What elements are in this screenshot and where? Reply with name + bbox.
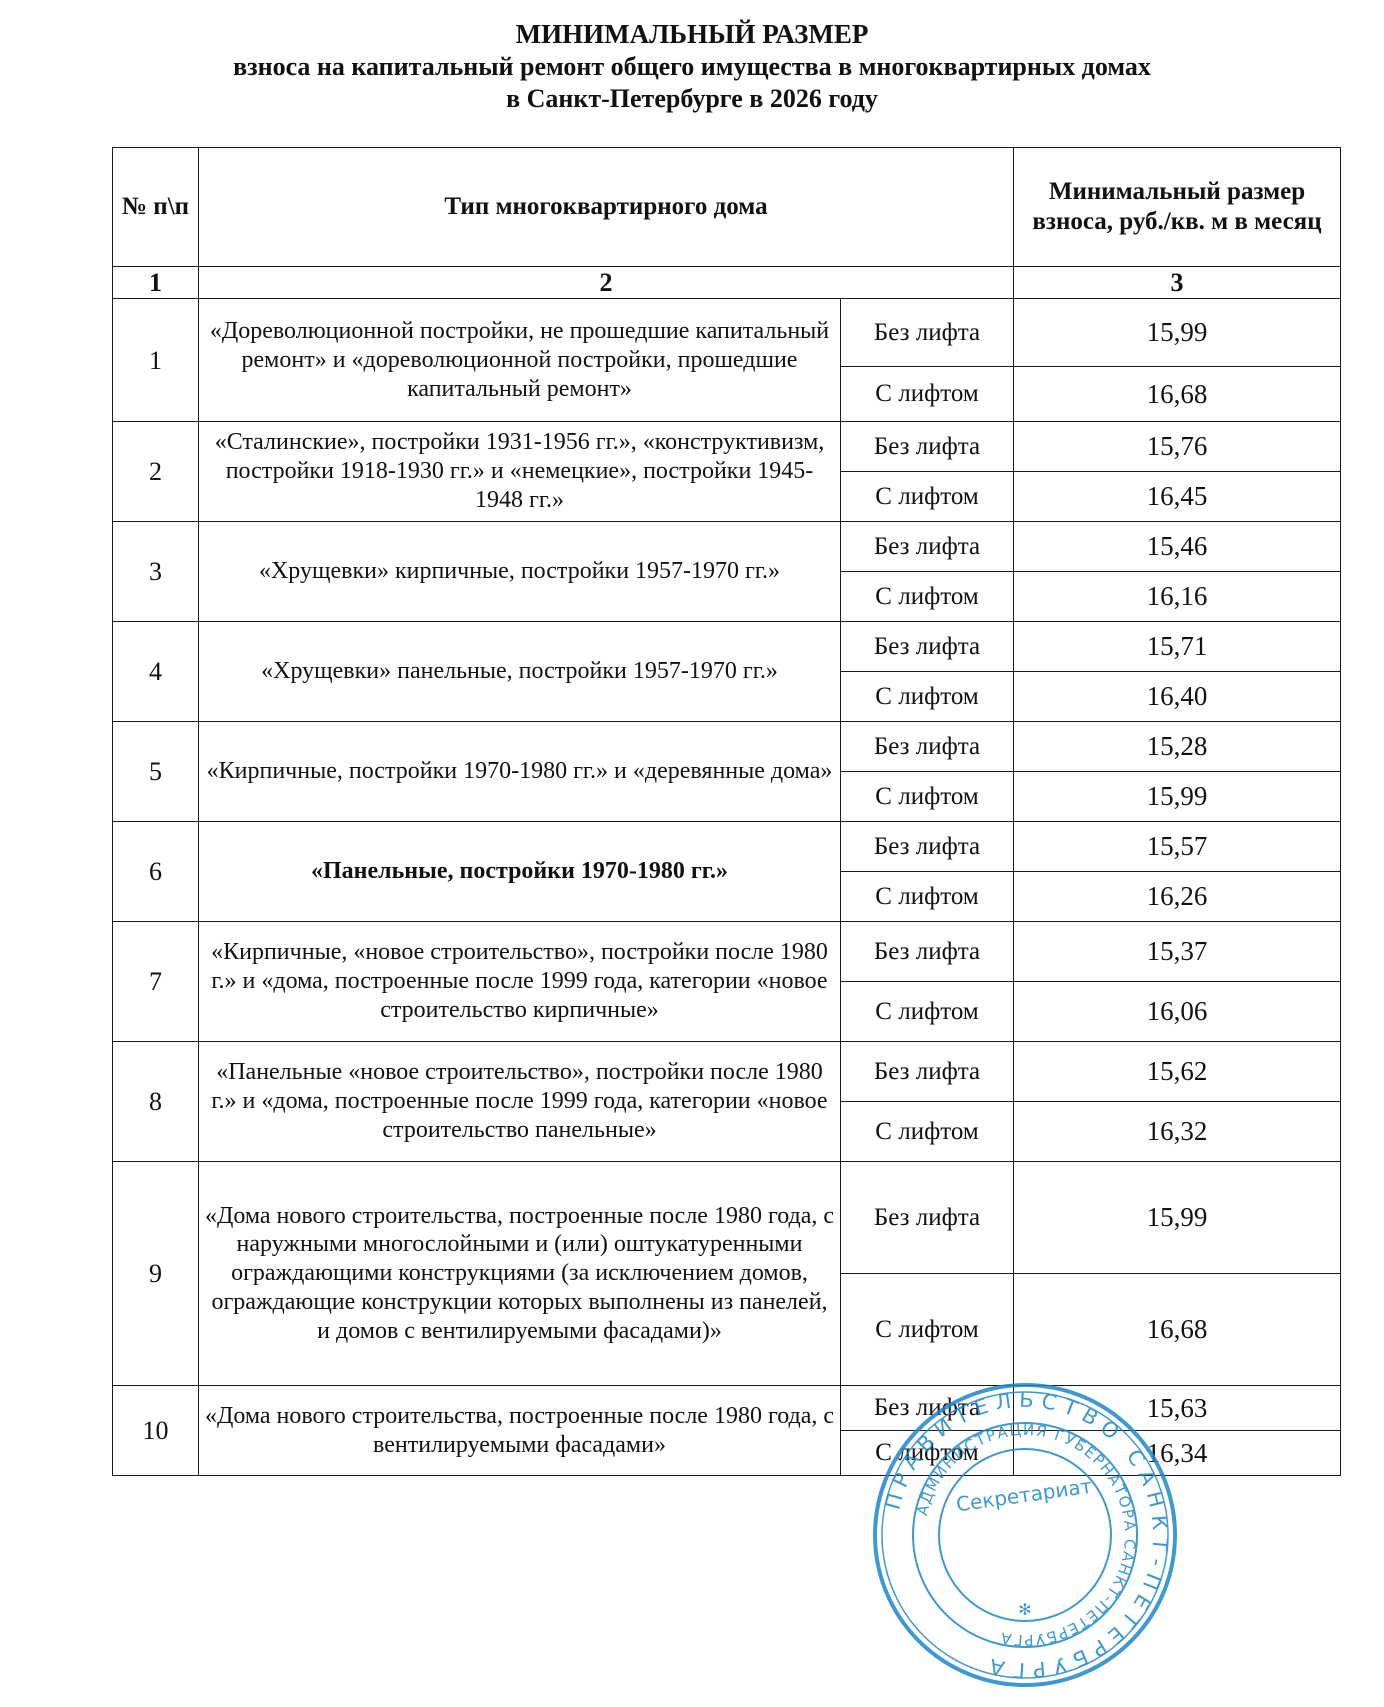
house-type: «Хрущевки» кирпичные, постройки 1957-197…	[199, 522, 841, 622]
house-type: «Дома нового строительства, построенные …	[199, 1386, 841, 1476]
row-number: 2	[113, 422, 199, 522]
house-type: «Дома нового строительства, построенные …	[199, 1162, 841, 1386]
house-type: «Кирпичные, «новое строительство», постр…	[199, 922, 841, 1042]
rate-with-lift: 16,68	[1014, 367, 1341, 422]
rate-with-lift: 16,06	[1014, 982, 1341, 1042]
header-num: № п\п	[113, 148, 199, 267]
rate-with-lift: 16,68	[1014, 1274, 1341, 1386]
table-row: 9«Дома нового строительства, построенные…	[113, 1162, 1341, 1274]
lift-label-without: Без лифта	[841, 1042, 1014, 1102]
lift-label-with: С лифтом	[841, 772, 1014, 822]
lift-label-with: С лифтом	[841, 367, 1014, 422]
house-type: «Кирпичные, постройки 1970-1980 гг.» и «…	[199, 722, 841, 822]
row-number: 3	[113, 522, 199, 622]
rates-table: № п\п Тип многоквартирного дома Минималь…	[112, 147, 1341, 1476]
lift-label-with: С лифтом	[841, 982, 1014, 1042]
column-number-3: 3	[1014, 267, 1341, 299]
row-number: 5	[113, 722, 199, 822]
lift-label-with: С лифтом	[841, 1102, 1014, 1162]
title-line-3: в Санкт-Петербурге в 2026 году	[0, 83, 1384, 115]
lift-label-with: С лифтом	[841, 872, 1014, 922]
document-title: МИНИМАЛЬНЫЙ РАЗМЕР взноса на капитальный…	[0, 18, 1384, 114]
row-number: 10	[113, 1386, 199, 1476]
rate-with-lift: 16,32	[1014, 1102, 1341, 1162]
lift-label-without: Без лифта	[841, 622, 1014, 672]
rate-with-lift: 16,34	[1014, 1431, 1341, 1476]
table-row: 3«Хрущевки» кирпичные, постройки 1957-19…	[113, 522, 1341, 572]
column-number-2: 2	[199, 267, 1014, 299]
row-number: 8	[113, 1042, 199, 1162]
rate-without-lift: 15,76	[1014, 422, 1341, 472]
svg-text:Секретариат: Секретариат	[955, 1474, 1094, 1517]
rate-without-lift: 15,62	[1014, 1042, 1341, 1102]
lift-label-with: С лифтом	[841, 1431, 1014, 1476]
lift-label-without: Без лифта	[841, 299, 1014, 367]
table-body: 1«Дореволюционной постройки, не прошедши…	[113, 299, 1341, 1476]
row-number: 9	[113, 1162, 199, 1386]
rate-without-lift: 15,28	[1014, 722, 1341, 772]
title-line-1: МИНИМАЛЬНЫЙ РАЗМЕР	[0, 18, 1384, 51]
rate-without-lift: 15,63	[1014, 1386, 1341, 1431]
house-type: «Панельные «новое строительство», постро…	[199, 1042, 841, 1162]
rate-with-lift: 16,45	[1014, 472, 1341, 522]
house-type: «Хрущевки» панельные, постройки 1957-197…	[199, 622, 841, 722]
lift-label-without: Без лифта	[841, 422, 1014, 472]
table-row: 7«Кирпичные, «новое строительство», пост…	[113, 922, 1341, 982]
column-number-row: 1 2 3	[113, 267, 1341, 299]
rate-without-lift: 15,99	[1014, 1162, 1341, 1274]
house-type: «Сталинские», постройки 1931-1956 гг.», …	[199, 422, 841, 522]
table-row: 5«Кирпичные, постройки 1970-1980 гг.» и …	[113, 722, 1341, 772]
table-row: 4«Хрущевки» панельные, постройки 1957-19…	[113, 622, 1341, 672]
rate-with-lift: 16,26	[1014, 872, 1341, 922]
lift-label-without: Без лифта	[841, 922, 1014, 982]
table-row: 1«Дореволюционной постройки, не прошедши…	[113, 299, 1341, 367]
rate-without-lift: 15,46	[1014, 522, 1341, 572]
rate-with-lift: 16,16	[1014, 572, 1341, 622]
rate-without-lift: 15,57	[1014, 822, 1341, 872]
svg-text:✻: ✻	[1018, 1600, 1031, 1619]
lift-label-with: С лифтом	[841, 1274, 1014, 1386]
table-row: 6«Панельные, постройки 1970-1980 гг.»Без…	[113, 822, 1341, 872]
header-type: Тип многоквартирного дома	[199, 148, 1014, 267]
lift-label-with: С лифтом	[841, 672, 1014, 722]
column-number-1: 1	[113, 267, 199, 299]
lift-label-without: Без лифта	[841, 1162, 1014, 1274]
lift-label-without: Без лифта	[841, 822, 1014, 872]
row-number: 6	[113, 822, 199, 922]
row-number: 1	[113, 299, 199, 422]
rate-without-lift: 15,37	[1014, 922, 1341, 982]
table-row: 2«Сталинские», постройки 1931-1956 гг.»,…	[113, 422, 1341, 472]
lift-label-without: Без лифта	[841, 722, 1014, 772]
house-type: «Дореволюционной постройки, не прошедшие…	[199, 299, 841, 422]
title-line-2: взноса на капитальный ремонт общего имущ…	[0, 51, 1384, 83]
lift-label-with: С лифтом	[841, 572, 1014, 622]
table-row: 10«Дома нового строительства, построенны…	[113, 1386, 1341, 1431]
rate-without-lift: 15,71	[1014, 622, 1341, 672]
table-row: 8«Панельные «новое строительство», постр…	[113, 1042, 1341, 1102]
header-row: № п\п Тип многоквартирного дома Минималь…	[113, 148, 1341, 267]
lift-label-without: Без лифта	[841, 522, 1014, 572]
rate-without-lift: 15,99	[1014, 299, 1341, 367]
lift-label-without: Без лифта	[841, 1386, 1014, 1431]
row-number: 7	[113, 922, 199, 1042]
lift-label-with: С лифтом	[841, 472, 1014, 522]
house-type: «Панельные, постройки 1970-1980 гг.»	[199, 822, 841, 922]
rate-with-lift: 15,99	[1014, 772, 1341, 822]
rate-with-lift: 16,40	[1014, 672, 1341, 722]
header-value: Минимальный размер взноса, руб./кв. м в …	[1014, 148, 1341, 267]
row-number: 4	[113, 622, 199, 722]
